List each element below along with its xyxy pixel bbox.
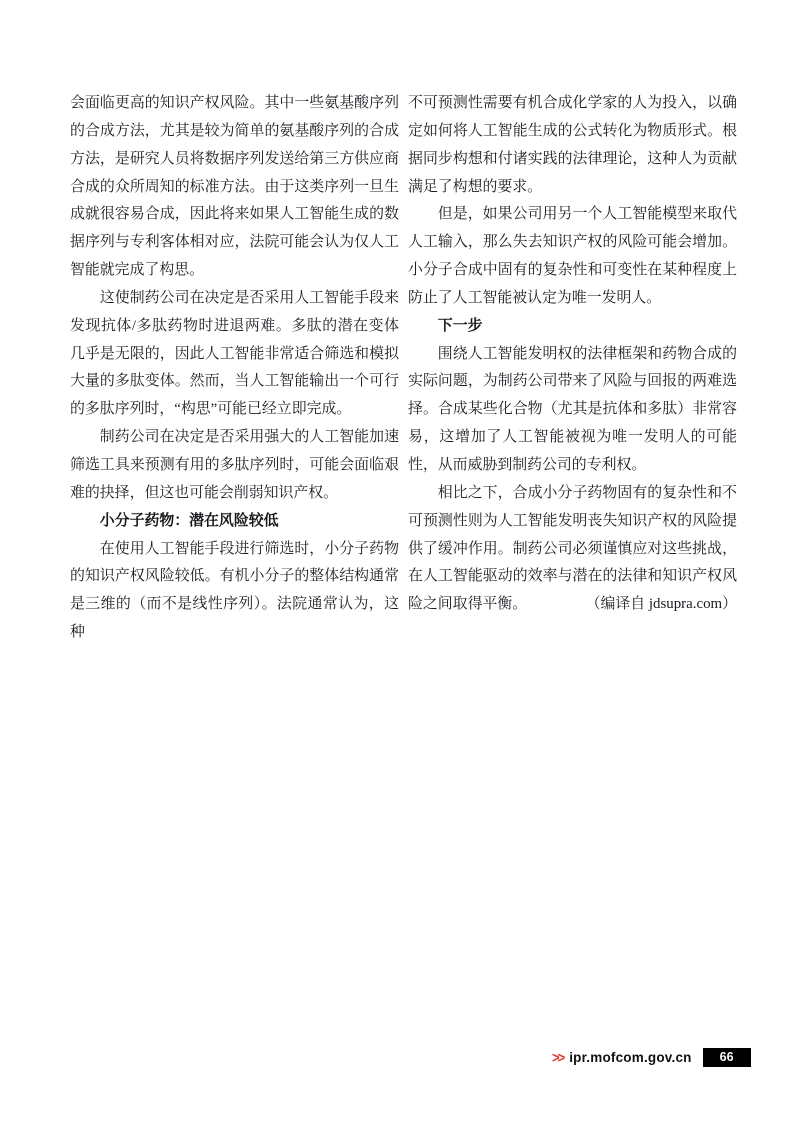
body-paragraph: 不可预测性需要有机合成化学家的人为投入，以确定如何将人工智能生成的公式转化为物质… xyxy=(408,90,737,201)
body-paragraph: 会面临更高的知识产权风险。其中一些氨基酸序列的合成方法，尤其是较为简单的氨基酸序… xyxy=(70,90,399,285)
text-column-left: 会面临更高的知识产权风险。其中一些氨基酸序列的合成方法，尤其是较为简单的氨基酸序… xyxy=(70,90,399,647)
text-column-right: 不可预测性需要有机合成化学家的人为投入，以确定如何将人工智能生成的公式转化为物质… xyxy=(408,90,737,619)
body-paragraph: 这使制药公司在决定是否采用人工智能手段来发现抗体/多肽药物时进退两难。多肽的潜在… xyxy=(70,285,399,424)
chevron-right-icon: >> xyxy=(552,1050,563,1064)
footer-site-url: ipr.mofcom.gov.cn xyxy=(569,1050,691,1065)
body-paragraph: 围绕人工智能发明权的法律框架和药物合成的实际问题，为制药公司带来了风险与回报的两… xyxy=(408,341,737,480)
body-paragraph: 在使用人工智能手段进行筛选时，小分子药物的知识产权风险较低。有机小分子的整体结构… xyxy=(70,536,399,647)
footer: >> ipr.mofcom.gov.cn 66 xyxy=(552,1047,751,1067)
page-number-badge: 66 xyxy=(703,1048,751,1067)
document-page: 会面临更高的知识产权风险。其中一些氨基酸序列的合成方法，尤其是较为简单的氨基酸序… xyxy=(0,0,794,1123)
source-attribution: （编译自 jdsupra.com） xyxy=(556,591,737,619)
body-paragraph: 相比之下，合成小分子药物固有的复杂性和不可预测性则为人工智能发明丧失知识产权的风… xyxy=(408,480,737,619)
section-heading: 小分子药物：潜在风险较低 xyxy=(70,508,399,536)
body-paragraph: 制药公司在决定是否采用强大的人工智能加速筛选工具来预测有用的多肽序列时，可能会面… xyxy=(70,424,399,508)
section-heading: 下一步 xyxy=(408,313,737,341)
body-paragraph: 但是，如果公司用另一个人工智能模型来取代人工输入，那么失去知识产权的风险可能会增… xyxy=(408,201,737,312)
